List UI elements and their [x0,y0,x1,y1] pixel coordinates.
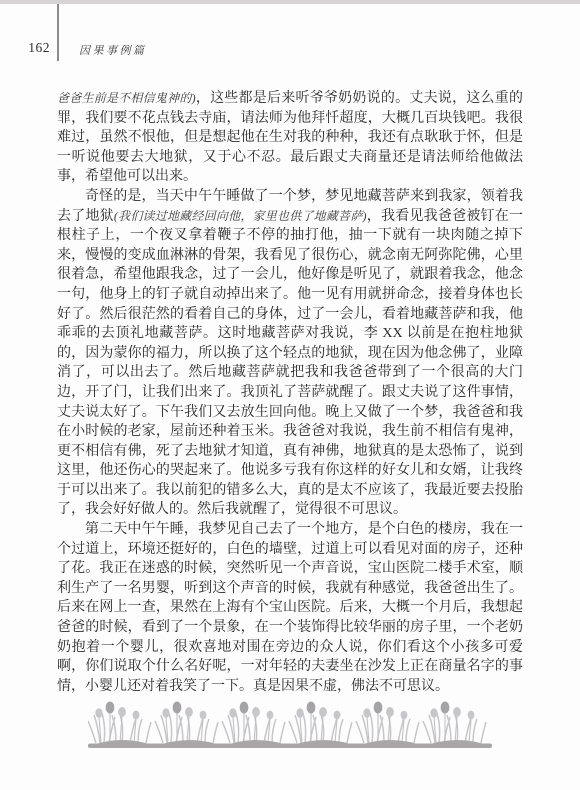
page-number: 162 [0,40,50,56]
tulip-grass-svg [88,700,492,750]
header-top-bar [0,0,580,4]
body-text: 爸爸生前是不相信鬼神的)，这些都是后来听爷爷奶奶说的。丈夫说，这么重的罪，我们要… [57,89,523,696]
book-page: 162 因果事例篇 爸爸生前是不相信鬼神的)，这些都是后来听爷爷奶奶说的。丈夫说… [0,0,580,790]
paragraph: 奇怪的是，当天中午午睡做了一个梦，梦见地藏菩萨来到我家，领着我去了地狱(我们读过… [57,187,523,520]
chapter-header-title: 因果事例篇 [79,42,147,58]
body-run: ，这些都是后来听爷爷奶奶说的。丈夫说，这么重的罪，我们要不花点钱去寺庙，请法师为… [57,91,523,184]
header-divider-line [57,4,59,61]
paragraph: 第二天中午午睡，我梦见自己去了一个地方，是个白色的楼房，我在一个过道上，环境还挺… [57,520,523,696]
annotation-text: (我们读过地藏经回向他，家里也供了地藏菩萨) [114,209,367,223]
tulip-grass-decoration [88,700,492,755]
body-run: ，我看见我爸爸被钉在一根柱子上，一个夜叉拿着鞭子不停的抽打他，抽一下就有一块肉随… [57,209,523,518]
paragraph: 爸爸生前是不相信鬼神的)，这些都是后来听爷爷奶奶说的。丈夫说，这么重的罪，我们要… [57,89,523,187]
annotation-text: 爸爸生前是不相信鬼神的) [57,91,196,105]
body-run: 第二天中午午睡，我梦见自己去了一个地方，是个白色的楼房，我在一个过道上，环境还挺… [57,522,523,694]
